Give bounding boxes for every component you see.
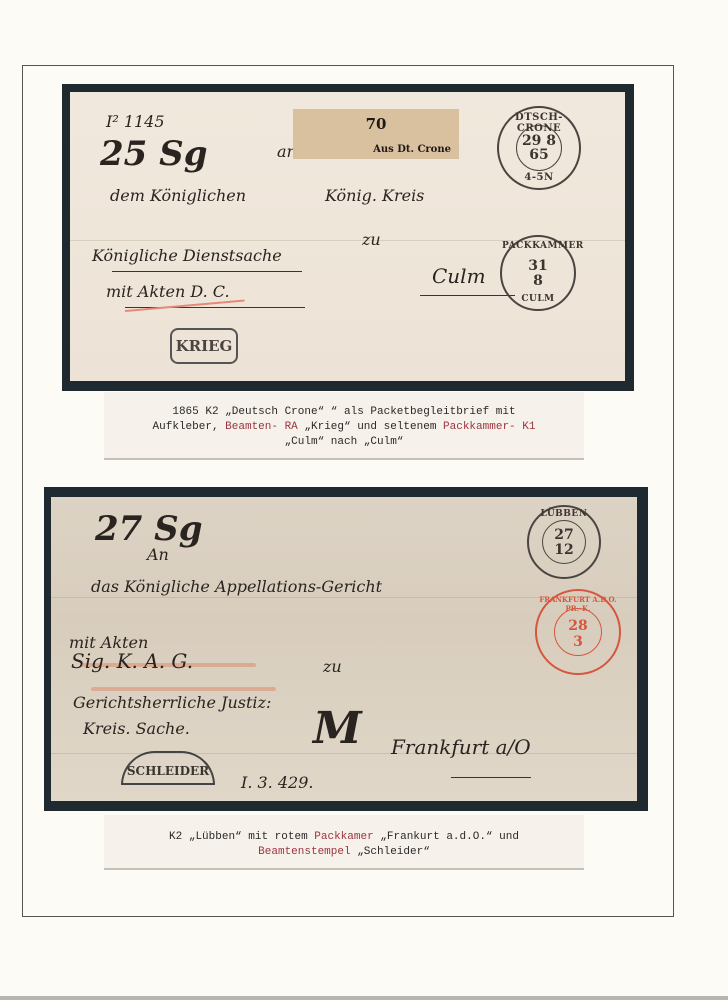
caption-text: „Frankurt a.d.O.“ und — [374, 831, 519, 843]
postmark-arc-text: DTSCH-CRONE — [499, 112, 579, 134]
sticker-number: 70 — [293, 115, 459, 133]
caption-highlight: Beamten- RA — [225, 421, 298, 433]
service-underline1 — [112, 271, 302, 272]
postmark-time: 4-5N — [499, 172, 579, 183]
service-line3: Kreis. Sache. — [83, 719, 190, 738]
postmark-packkammer-frankfurt: FRANKFURT A.D.O. PR.-K. 28 3 — [535, 589, 621, 675]
page-bottom-edge — [0, 996, 728, 1000]
letter1-cover: I² 1145 25 Sg an dem Königlichen König. … — [70, 92, 625, 381]
postmark-day: 31 — [502, 259, 574, 273]
address-line1-right: König. Kreis — [325, 186, 424, 205]
postmark-year: 65 — [499, 148, 579, 162]
postmark-bottom-text: CULM — [502, 294, 574, 304]
caption1-line2: Aufkleber, Beamten- RA „Krieg“ und selte… — [104, 420, 584, 435]
postage-mark: 27 Sg — [95, 509, 202, 549]
postmark-date: 29 8 — [499, 134, 579, 148]
destination: Culm — [432, 264, 486, 288]
caption-exhibit-1: 1865 K2 „Deutsch Crone“ “ als Packetbegl… — [104, 392, 584, 460]
address-line1: das Königliche Appellations-Gericht — [91, 577, 382, 596]
postmark-packkammer-culm: PACKKAMMER 31 8 CULM — [500, 235, 576, 311]
registration-number: I² 1145 — [106, 112, 165, 131]
postage-mark: 25 Sg — [100, 134, 207, 174]
caption-exhibit-2: K2 „Lübben“ mit rotem Packkamer „Frankur… — [104, 815, 584, 870]
reference-number: I. 3. 429. — [241, 773, 313, 792]
postmark-month: 12 — [529, 543, 599, 557]
postmark-day: 27 — [529, 528, 599, 542]
letter2-cover: 27 Sg An das Königliche Appellations-Ger… — [51, 497, 637, 801]
sticker-origin: Aus Dt. Crone — [373, 144, 451, 155]
postmark-luebben: LÜBBEN 27 12 — [527, 505, 601, 579]
address-an: An — [147, 545, 169, 564]
postmark-arc-text: PACKKAMMER — [502, 241, 574, 251]
destination: Frankfurt a/O — [391, 735, 531, 759]
caption-highlight: Beamtenstempel — [258, 846, 350, 858]
service-line1: Sig. K. A. G. — [71, 649, 193, 673]
address-zu: zu — [323, 657, 342, 676]
postmark-arc-text: FRANKFURT A.D.O. PR.-K. — [537, 595, 619, 613]
postmark-day: 28 — [537, 619, 619, 633]
box-stamp-text: KRIEG — [176, 337, 233, 355]
destination-prefix-mark: M — [313, 703, 362, 754]
postmark-month: 8 — [502, 274, 574, 288]
postmark-deutsch-crone: DTSCH-CRONE 29 8 65 4-5N — [497, 106, 581, 190]
caption-highlight: Packkammer- K1 — [443, 421, 535, 433]
service-line2: Gerichtsherrliche Justiz: — [73, 693, 271, 712]
caption-highlight: Packkamer — [314, 831, 373, 843]
address-line1-left: dem Königlichen — [110, 186, 246, 205]
service-line2: mit Akten D. C. — [106, 282, 230, 301]
box-stamp-krieg: KRIEG — [170, 328, 238, 364]
destination-underline — [420, 295, 515, 296]
destination-underline — [451, 777, 531, 778]
caption2-line1: K2 „Lübben“ mit rotem Packkamer „Frankur… — [104, 830, 584, 845]
red-pencil-line — [91, 687, 276, 691]
caption2-line2: Beamtenstempel „Schleider“ — [104, 845, 584, 860]
parcel-label-sticker: 70 Aus Dt. Crone — [293, 109, 459, 159]
arch-stamp-schleider: SCHLEIDER — [121, 751, 215, 785]
caption1-line1: 1865 K2 „Deutsch Crone“ “ als Packetbegl… — [104, 405, 584, 420]
postmark-month: 3 — [537, 635, 619, 649]
caption-text: K2 „Lübben“ mit rotem — [169, 831, 314, 843]
caption1-line3: „Culm“ nach „Culm“ — [104, 435, 584, 450]
service-line1: Königliche Dienstsache — [92, 246, 282, 265]
caption-text: „Schleider“ — [351, 846, 430, 858]
address-zu: zu — [362, 230, 381, 249]
red-pencil-line — [125, 300, 245, 312]
caption-text: „Krieg“ und seltenem — [298, 421, 443, 433]
caption-text: Aufkleber, — [153, 421, 226, 433]
arch-stamp-text: SCHLEIDER — [127, 764, 209, 778]
postmark-arc-text: LÜBBEN — [529, 509, 599, 519]
